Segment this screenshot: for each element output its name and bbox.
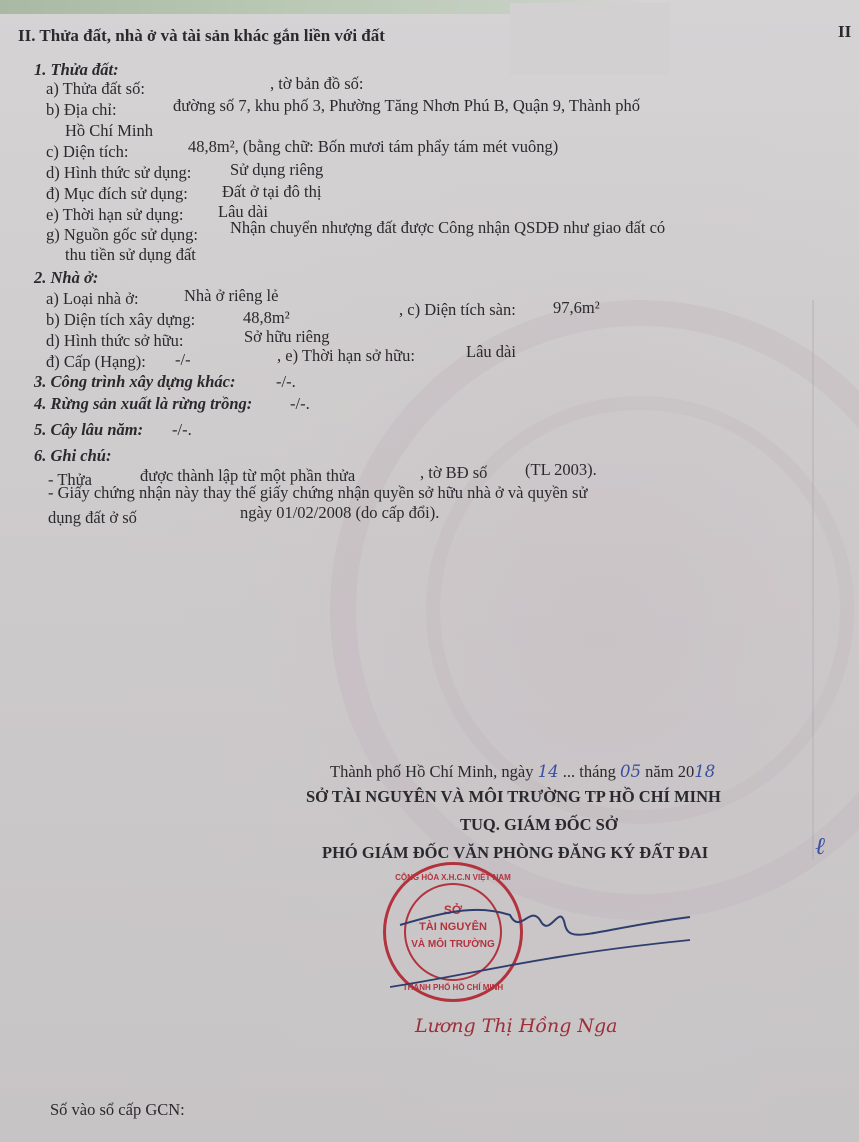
authority-line: TUQ. GIÁM ĐỐC SỞ (460, 815, 618, 835)
page-marker: II (838, 22, 851, 42)
initials-mark: ℓ (815, 832, 825, 861)
note1-part4: (TL 2003). (525, 460, 597, 480)
origin-value-cont: thu tiền sử dụng đất (65, 245, 196, 265)
signature-icon (390, 895, 700, 995)
build-area-value: 48,8m² (243, 308, 290, 328)
map-sheet-label: , tờ bản đồ số: (270, 74, 364, 94)
year-label: năm 20 (645, 762, 694, 781)
redacted-area (510, 3, 670, 75)
address-value-cont: Hồ Chí Minh (65, 121, 153, 141)
notes-heading: 6. Ghi chú: (34, 446, 111, 466)
section-title: II. Thửa đất, nhà ở và tài sản khác gắn … (18, 26, 385, 46)
use-form-value: Sử dụng riêng (230, 160, 323, 180)
construction-heading: 3. Công trình xây dựng khác: (34, 372, 236, 392)
house-type-label: a) Loại nhà ở: (46, 289, 139, 309)
certificate-page: II. Thửa đất, nhà ở và tài sản khác gắn … (0, 0, 859, 1142)
note2-line2-part2: ngày 01/02/2008 (do cấp đổi). (240, 503, 439, 523)
own-term-value: Lâu dài (466, 342, 516, 362)
parcel-label: a) Thửa đất số: (46, 79, 145, 99)
term-label: e) Thời hạn sử dụng: (46, 205, 183, 225)
agency-name: SỞ TÀI NGUYÊN VÀ MÔI TRƯỜNG TP HỒ CHÍ MI… (306, 787, 721, 807)
note2-line1: - Giấy chứng nhận này thay thế giấy chứn… (48, 483, 587, 503)
area-label: c) Diện tích: (46, 142, 128, 162)
forest-value: -/-. (290, 394, 310, 414)
build-area-label: b) Diện tích xây dựng: (46, 310, 195, 330)
floor-area-label: , c) Diện tích sàn: (399, 300, 516, 320)
place-date-prefix: Thành phố Hồ Chí Minh, ngày (330, 762, 534, 781)
month-label: tháng (579, 762, 616, 781)
ownership-value: Sở hữu riêng (244, 327, 330, 347)
year-handwritten: 18 (694, 762, 715, 781)
land-heading: 1. Thửa đất: (34, 60, 119, 80)
house-type-value: Nhà ở riêng lẻ (184, 286, 278, 306)
note2-line2-part1: dụng đất ở số (48, 508, 137, 528)
position-line: PHÓ GIÁM ĐỐC VĂN PHÒNG ĐĂNG KÝ ĐẤT ĐAI (322, 843, 708, 863)
address-label: b) Địa chỉ: (46, 100, 117, 120)
construction-value: -/-. (276, 372, 296, 392)
house-heading: 2. Nhà ở: (34, 268, 98, 288)
note1-part3: , tờ BĐ số (420, 463, 487, 483)
day-handwritten: 14 (538, 762, 559, 781)
stamp-ring-top: CỘNG HÒA X.H.C.N VIỆT NAM (386, 873, 520, 882)
address-value: đường số 7, khu phố 3, Phường Tăng Nhơn … (173, 96, 640, 116)
purpose-label: đ) Mục đích sử dụng: (46, 184, 188, 204)
purpose-value: Đất ở tại đô thị (222, 182, 321, 202)
signer-name: Lương Thị Hồng Nga (415, 1015, 618, 1037)
fold-line (812, 300, 814, 860)
place-date: Thành phố Hồ Chí Minh, ngày 14 ... tháng… (330, 762, 715, 782)
ownership-label: d) Hình thức sở hữu: (46, 331, 184, 351)
registry-number-label: Số vào sổ cấp GCN: (50, 1100, 185, 1120)
use-form-label: d) Hình thức sử dụng: (46, 163, 191, 183)
floor-area-value: 97,6m² (553, 298, 600, 318)
perennial-heading: 5. Cây lâu năm: (34, 420, 143, 440)
perennial-value: -/-. (172, 420, 192, 440)
own-term-label: , e) Thời hạn sở hữu: (277, 346, 415, 366)
origin-value: Nhận chuyển nhượng đất được Công nhận QS… (230, 218, 665, 238)
month-handwritten: 05 (620, 762, 641, 781)
grade-label: đ) Cấp (Hạng): (46, 352, 146, 372)
forest-heading: 4. Rừng sản xuất là rừng trồng: (34, 394, 252, 414)
origin-label: g) Nguồn gốc sử dụng: (46, 225, 198, 245)
grade-value: -/- (175, 350, 191, 370)
area-value: 48,8m², (bằng chữ: Bốn mươi tám phẩy tám… (188, 137, 558, 157)
